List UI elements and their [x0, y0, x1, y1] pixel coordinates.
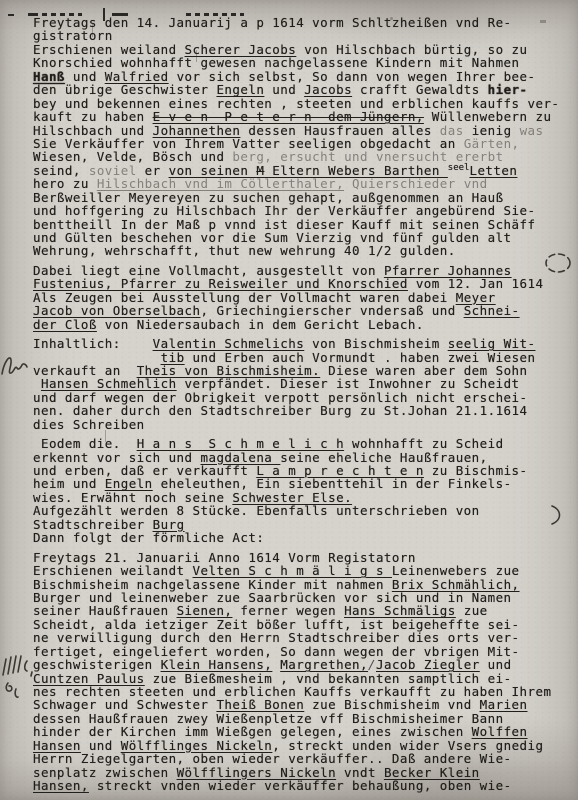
- text-run: was: [520, 123, 544, 138]
- text-line: nes rechten steeten und erblichen Kauffs…: [33, 685, 571, 698]
- text-line: tib und Erben auch Vormundt . haben zwei…: [33, 351, 571, 364]
- text-line: bey und bekennen eines rechten , steeten…: [33, 97, 571, 110]
- text-line: Berßweiller Meyereyen zu suchen gehapt, …: [33, 191, 571, 204]
- paragraph-1: Freytags den 14. Januarij a p 1614 vorm …: [33, 16, 571, 258]
- text-line: Bischmisheim nachgelassene Kinder mit na…: [33, 578, 571, 591]
- text-run: von Niedersaubach in dem Gericht Lebach.: [97, 317, 424, 332]
- text-line: Knorschied wohnhafft gewesen nachgelasse…: [33, 56, 571, 69]
- text-line: und Gülten beschehen vor die Sum Vierzig…: [33, 231, 571, 244]
- text-line: Schwager und Schwester Theiß Bonen zue B…: [33, 698, 571, 711]
- text-line: benttheill In der Maß p vnnd ist dieser …: [33, 218, 571, 231]
- text-line: ne verwilligung durch den Herrn Stadtsch…: [33, 631, 571, 644]
- underlined-text-run: Hansen,: [33, 778, 89, 793]
- text-line: Burger und leinenweber zue Saarbrücken v…: [33, 591, 571, 604]
- text-line: seind, soviel er von seinen M Eltern Web…: [33, 164, 571, 177]
- text-line: und hoffgering zu Hilschbach Ihr der Ver…: [33, 204, 571, 217]
- text-run: streckt vnden wieder verkäuffer behaußun…: [89, 778, 512, 793]
- handwritten-tally-scribble-icon: [0, 645, 36, 703]
- paragraph-5: Freytags 21. Januarii Anno 1614 Vorm Reg…: [33, 551, 571, 793]
- text-line: Eodem die. H a n s S c h m e l i c h woh…: [33, 437, 571, 450]
- text-line: Hansen und Wölfflinges Nickeln, streckt …: [33, 739, 571, 752]
- text-line: geschwisterigen Klein Hansens, Margrethe…: [33, 658, 571, 671]
- text-line: Dann folgt der förmliche Act:: [33, 531, 571, 544]
- text-line: Inhaltlich: Valentin Schmelichs von Bisc…: [33, 337, 571, 350]
- paragraph-4: Eodem die. H a n s S c h m e l i c h woh…: [33, 437, 571, 545]
- text-line: heim und Engeln eheleuthen, Ein siebentt…: [33, 477, 571, 490]
- underlined-text-run: der Cloß: [33, 317, 97, 332]
- scan-artifact-dash: [8, 14, 14, 16]
- text-line: dessen Haußfrauen zwey Wießenpletze vff …: [33, 712, 571, 725]
- text-line: Jacob von Oberselbach, Griechingierscher…: [33, 304, 571, 317]
- text-line: nen. daher durch den Stadtschreiber Burg…: [33, 404, 571, 417]
- text-line: hinder der Kirchen imm Wießgen gelegen, …: [33, 725, 571, 738]
- document-text: Freytags den 14. Januarij a p 1614 vorm …: [33, 16, 571, 799]
- scanned-document-page: Freytags den 14. Januarij a p 1614 vorm …: [0, 0, 578, 800]
- text-line: Erschienen weilandt Velten S c h m ä l i…: [33, 564, 571, 577]
- text-line: Hansen, streckt vnden wieder verkäuffer …: [33, 779, 571, 792]
- text-line: Freytags 21. Januarii Anno 1614 Vorm Reg…: [33, 551, 571, 564]
- text-run: Wehrung, wehrschafft, thut new wehrung 4…: [33, 243, 456, 258]
- text-line: wies. Erwähnt noch seine Schwester Else.: [33, 491, 571, 504]
- text-line: Herrn Ziegelgarten, oben wieder verkäuff…: [33, 752, 571, 765]
- text-line: hero zu Hilschbach vnd im Cöllerthaler, …: [33, 177, 571, 190]
- underlined-text-run: Schnei-: [464, 303, 520, 318]
- text-line: Freytags den 14. Januarij a p 1614 vorm …: [33, 16, 571, 29]
- text-run: dies Schreiben: [33, 417, 145, 432]
- text-line: den übrige Geschwister Engeln und Jacobs…: [33, 83, 571, 96]
- text-line: Dabei liegt eine Vollmacht, ausgestellt …: [33, 264, 571, 277]
- text-line: Hilschbach und Johannethen dessen Hausfr…: [33, 124, 571, 137]
- paragraph-3: Inhaltlich: Valentin Schmelichs von Bisc…: [33, 337, 571, 431]
- text-line: erkennt vor sich und magdalena seine ehe…: [33, 451, 571, 464]
- handwritten-cursive-note-icon: [0, 352, 30, 382]
- text-line: kauft zu haben E v e n P e t e r n dem J…: [33, 110, 571, 123]
- text-line: Stadtschreiber Burg: [33, 518, 571, 531]
- text-line: verkauft an Theis von Bischmisheim. Dies…: [33, 364, 571, 377]
- text-line: Fustenius, Pfarrer zu Reisweiler und Kno…: [33, 277, 571, 290]
- text-line: Wehrung, wehrschafft, thut new wehrung 4…: [33, 244, 571, 257]
- paragraph-2: Dabei liegt eine Vollmacht, ausgestellt …: [33, 264, 571, 331]
- text-line: Sie Verkäuffer von Ihrem Vatter seeligen…: [33, 137, 571, 150]
- text-line: fertiget, eingeliefert worden, So dann w…: [33, 645, 571, 658]
- text-line: dies Schreiben: [33, 418, 571, 431]
- text-line: Hansen Schmehlich verpfändet. Dieser ist…: [33, 377, 571, 390]
- text-line: Aufgezählt werden 8 Stücke. Ebenfalls un…: [33, 504, 571, 517]
- text-line: gistratorn: [33, 29, 571, 42]
- text-line: senplatz zwischen Wölfflingers Nickeln v…: [33, 766, 571, 779]
- text-line: Als Zeugen bei Ausstellung der Vollmacht…: [33, 291, 571, 304]
- text-line: und erben, daß er verkaufft L a m p r e …: [33, 464, 571, 477]
- text-run: Dann folgt der förmliche Act:: [33, 530, 264, 545]
- text-line: Cuntzen Paulus zue Bießmesheim , vnd bek…: [33, 672, 571, 685]
- text-line: und darf wegen der Obrigkeit verpott per…: [33, 391, 571, 404]
- text-line: der Cloß von Niedersaubach in dem Gerich…: [33, 318, 571, 331]
- text-line: Scheidt, alda ietziger Zeit bößer lufft,…: [33, 618, 571, 631]
- text-line: Wiesen, Velde, Bösch und berg, ersucht u…: [33, 150, 571, 163]
- text-line: Erschienen weiland Scherer Jacobs von Hi…: [33, 43, 571, 56]
- text-line: seiner Haußfrauen Sienen, ferner wegen H…: [33, 604, 571, 617]
- text-run: seel: [448, 162, 470, 175]
